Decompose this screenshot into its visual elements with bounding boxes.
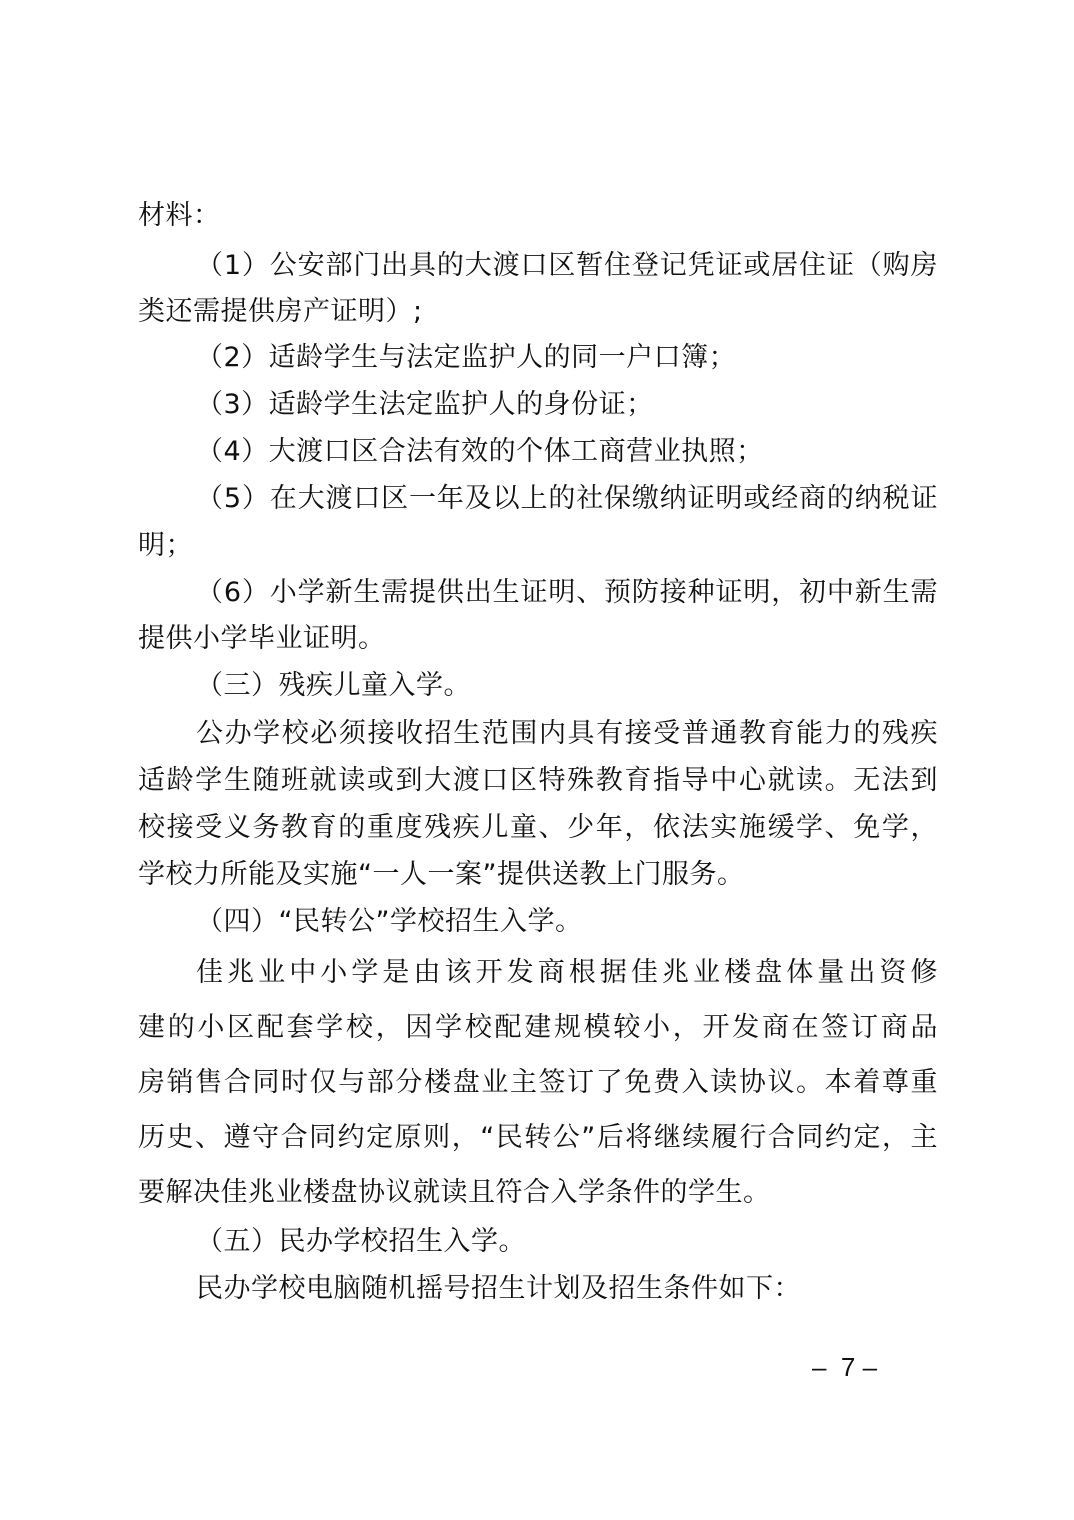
text-line-item-6: （6）小学新生需提供出生证明、预防接种证明，初中新生需 (196, 576, 938, 610)
text-line-item-1: （1）公安部门出具的大渡口区暂住登记凭证或居住证（购房 (196, 249, 938, 283)
text-line-item-2: （2）适龄学生与法定监护人的同一户口簿； (196, 341, 938, 375)
document-page: 材料： （1）公安部门出具的大渡口区暂住登记凭证或居住证（购房 类还需提供房产证… (0, 0, 1074, 1520)
text-line-item-5-cont: 明； (138, 529, 938, 563)
text-line-item-4: （4）大渡口区合法有效的个体工商营业执照； (196, 435, 938, 469)
section-heading-3: （三）残疾儿童入学。 (196, 669, 938, 703)
paragraph-3-line-4: 学校力所能及实施“一人一案”提供送教上门服务。 (138, 858, 938, 892)
section-heading-5: （五）民办学校招生入学。 (196, 1225, 938, 1259)
paragraph-3-line-1: 公办学校必须接收招生范围内具有接受普通教育能力的残疾 (196, 717, 938, 751)
text-line-item-5: （5）在大渡口区一年及以上的社保缴纳证明或经商的纳税证 (196, 482, 938, 516)
paragraph-4-line-2: 建的小区配套学校，因学校配建规模较小，开发商在签订商品 (138, 1011, 938, 1045)
page-number: – 7 – (812, 1352, 922, 1382)
paragraph-4-line-4: 历史、遵守合同约定原则，“民转公”后将继续履行合同约定，主 (138, 1121, 938, 1155)
paragraph-5-line-1: 民办学校电脑随机摇号招生计划及招生条件如下： (196, 1272, 938, 1306)
paragraph-4-line-5: 要解决佳兆业楼盘协议就读且符合入学条件的学生。 (138, 1176, 938, 1210)
paragraph-3-line-2: 适龄学生随班就读或到大渡口区特殊教育指导中心就读。无法到 (138, 764, 938, 798)
paragraph-4-line-3: 房销售合同时仅与部分楼盘业主签订了免费入读协议。本着尊重 (138, 1066, 938, 1100)
section-heading-4: （四）“民转公”学校招生入学。 (196, 905, 938, 939)
text-line-materials-heading: 材料： (138, 199, 938, 233)
text-line-item-3: （3）适龄学生法定监护人的身份证； (196, 388, 938, 422)
paragraph-4-line-1: 佳兆业中小学是由该开发商根据佳兆业楼盘体量出资修 (196, 956, 938, 990)
text-line-item-6-cont: 提供小学毕业证明。 (138, 622, 938, 656)
text-line-item-1-cont: 类还需提供房产证明）; (138, 295, 938, 329)
paragraph-3-line-3: 校接受义务教育的重度残疾儿童、少年，依法实施缓学、免学， (138, 811, 938, 845)
